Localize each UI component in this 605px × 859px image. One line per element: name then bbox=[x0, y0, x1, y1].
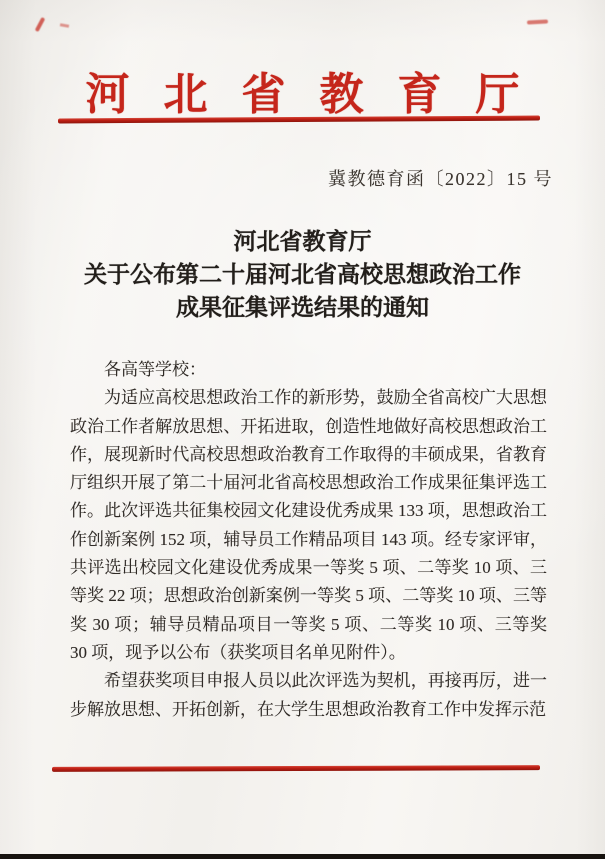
document-title-line-1: 河北省教育厅 bbox=[0, 225, 605, 258]
stray-red-mark-top-left-2 bbox=[60, 23, 69, 28]
body-paragraph-2: 希望获奖项目申报人员以此次评选为契机，再接再厉，进一步解放思想、开拓创新，在大学… bbox=[70, 667, 547, 724]
document-body: 各高等学校： 为适应高校思想政治工作的新形势，鼓励全省高校广大思想政治工作者解放… bbox=[70, 356, 547, 724]
document-title-line-3: 成果征集评选结果的通知 bbox=[0, 291, 605, 324]
stray-red-mark-top-right bbox=[527, 19, 548, 24]
scanned-document-page: 河北省教育厅 冀教德育函〔2022〕15 号 河北省教育厅 关于公布第二十届河北… bbox=[0, 0, 605, 859]
letterhead-agency-name: 河北省教育厅 bbox=[0, 58, 605, 122]
stray-red-mark-top-left bbox=[35, 17, 46, 32]
footer-red-rule bbox=[52, 765, 540, 772]
document-reference-number: 冀教德育函〔2022〕15 号 bbox=[328, 165, 553, 191]
salutation: 各高等学校： bbox=[70, 356, 547, 384]
photo-bottom-edge bbox=[0, 854, 605, 859]
document-title-line-2: 关于公布第二十届河北省高校思想政治工作 bbox=[0, 258, 605, 291]
body-paragraph-1: 为适应高校思想政治工作的新形势，鼓励全省高校广大思想政治工作者解放思想、开拓进取… bbox=[70, 384, 547, 667]
document-title: 河北省教育厅 关于公布第二十届河北省高校思想政治工作 成果征集评选结果的通知 bbox=[0, 225, 605, 324]
